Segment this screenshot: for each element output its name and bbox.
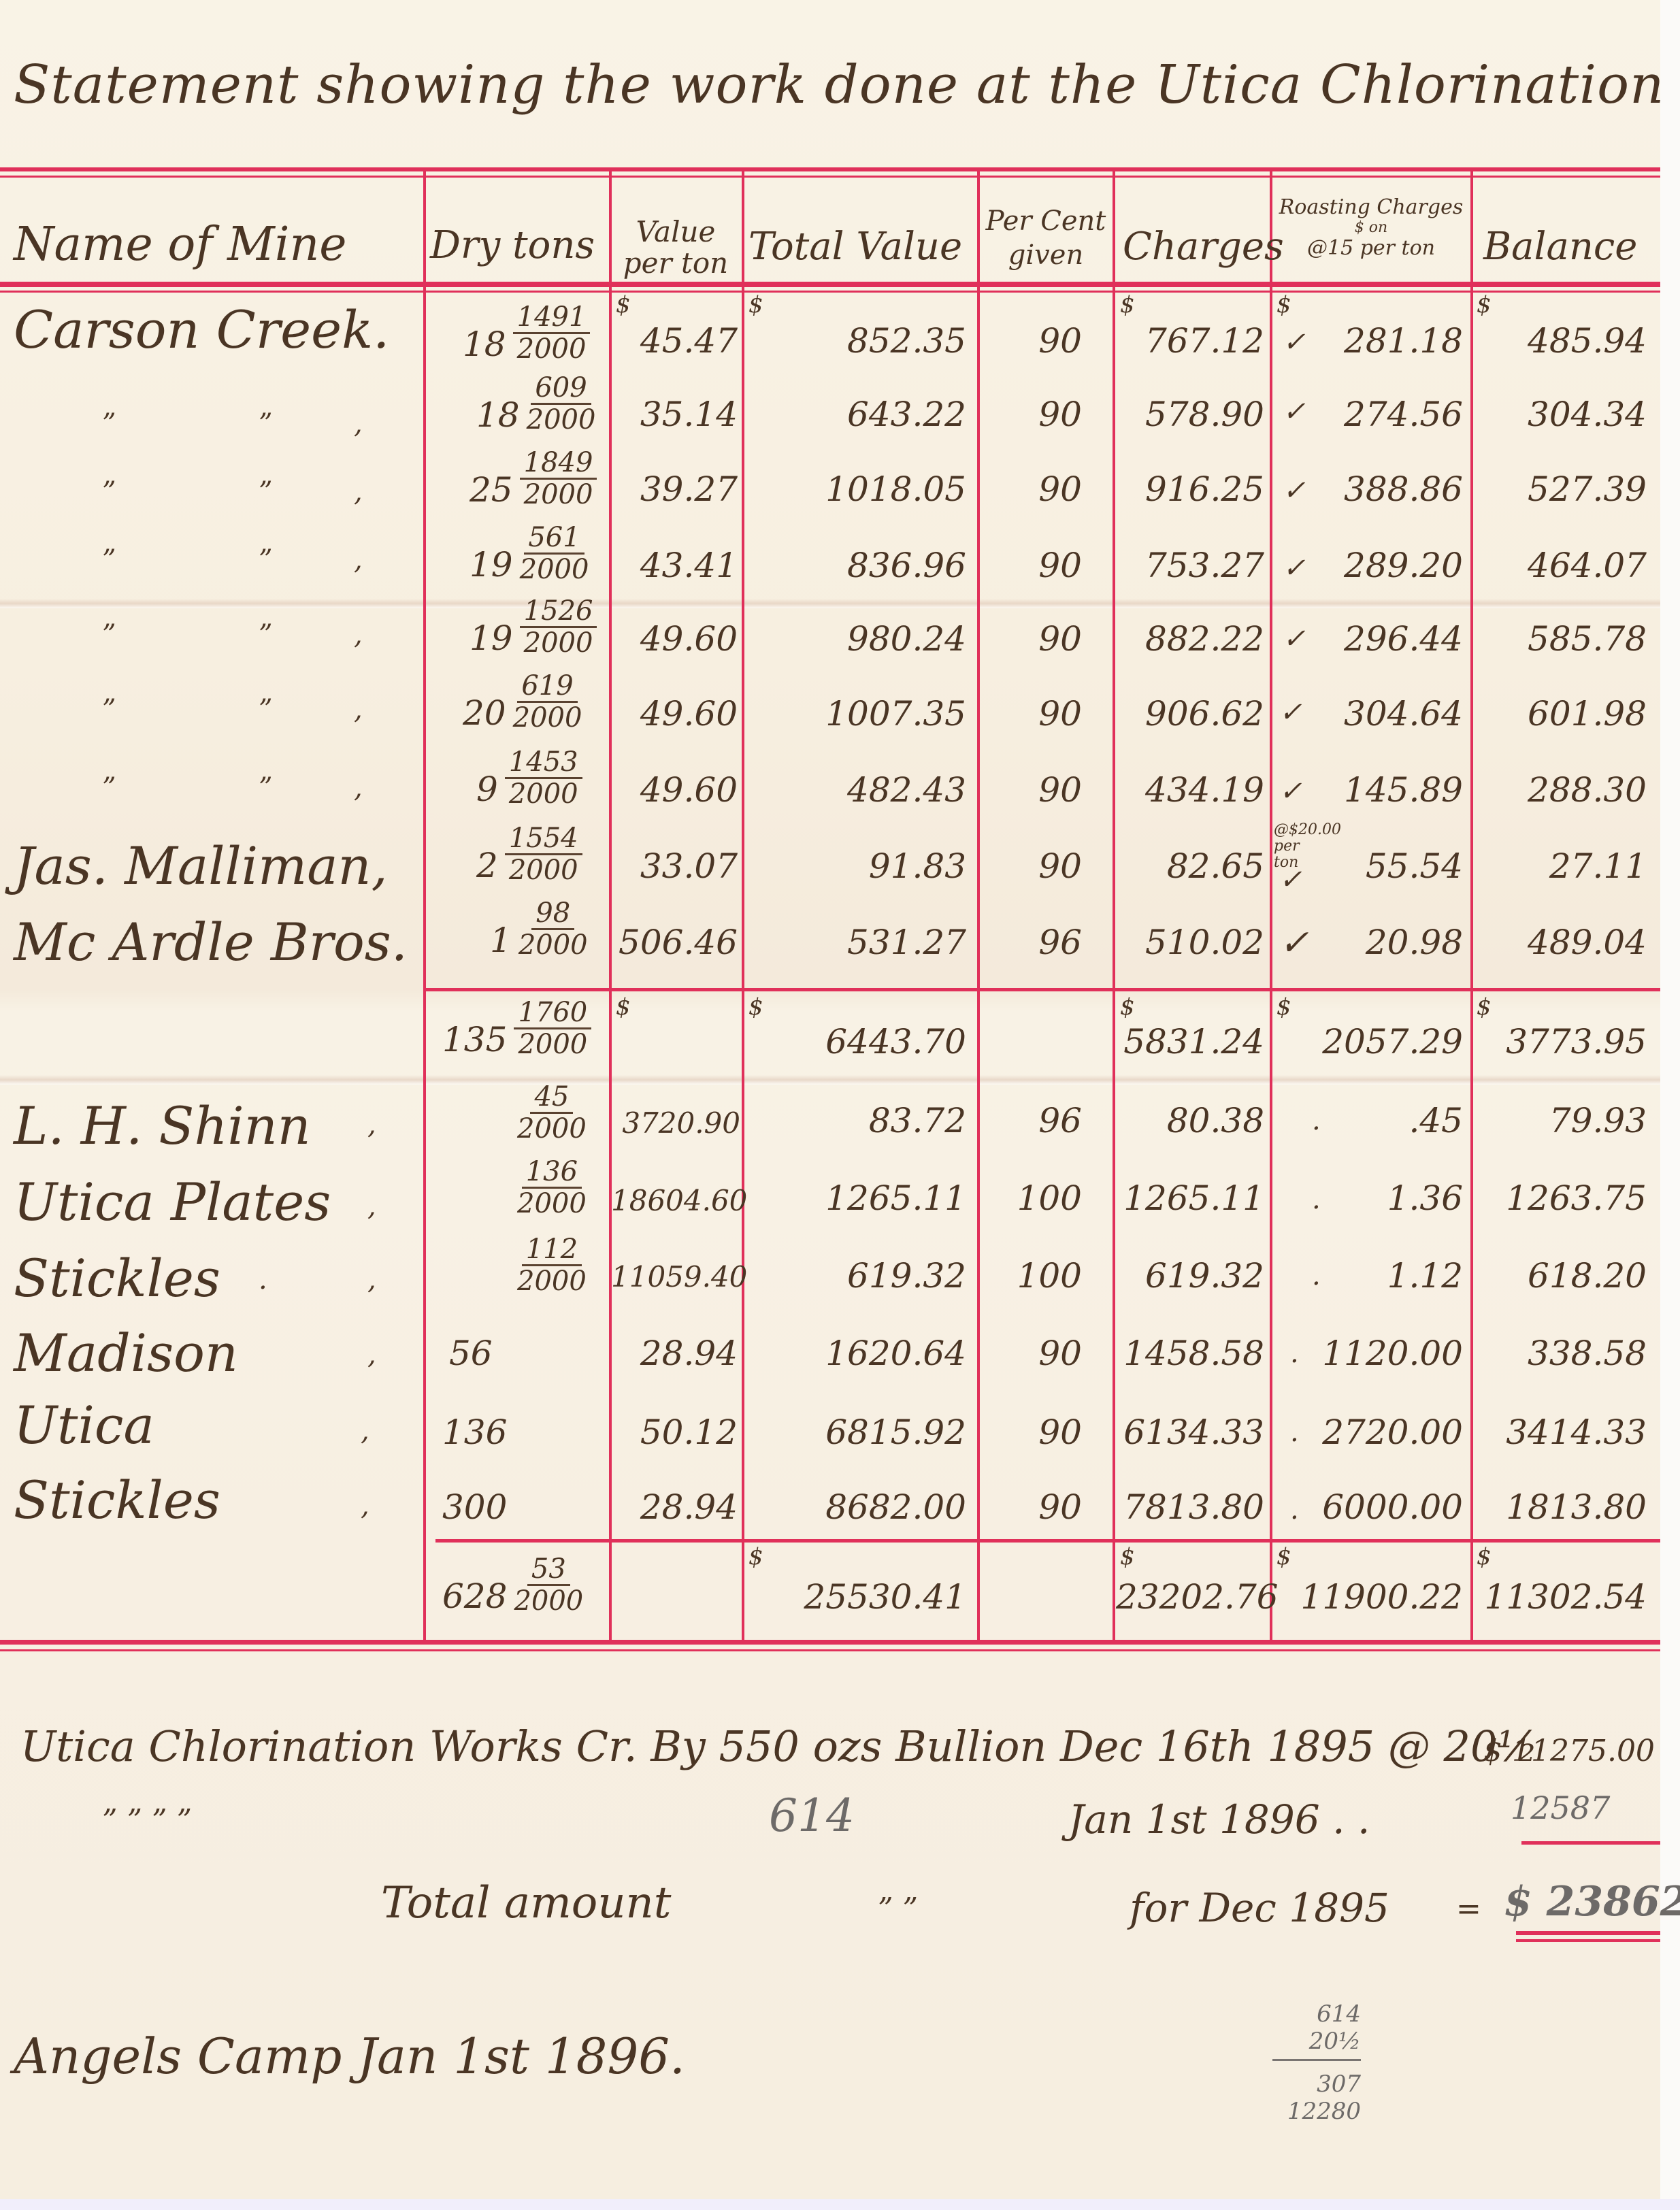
tons-denominator: 2000 [520,555,589,584]
dry-tons: 19 5612000 [470,523,589,584]
ditto-mark: ” [102,408,116,440]
ditto-mark: ” [259,772,272,804]
balance: 618.20 [1477,1256,1647,1296]
ditto-comma: , [354,772,363,804]
tons-denominator: 2000 [509,855,578,885]
dry-tons: 1122000 [517,1234,587,1296]
per-cent: 90 [980,1334,1082,1373]
tons-denominator: 2000 [517,1114,587,1144]
tons-numerator: 1849 [520,448,597,480]
per-cent: 96 [980,1101,1082,1140]
total-value: 1018.05 [748,469,966,509]
col-divider [1470,171,1473,1643]
header-dry-tons: Dry tons [430,223,595,267]
header-value-line1: Value [611,216,740,248]
subtotal-dry-tons: 135 17602000 [442,997,591,1059]
value-per-ton: 45.47 [612,321,738,361]
value-per-ton: 3720.90 [611,1106,740,1140]
charges: 906.62 [1116,694,1264,733]
header-roasting-line3: @15 per ton [1272,235,1470,261]
dollar-sign-icon: $ [616,291,631,318]
dollar-sign-icon: $ [748,993,763,1021]
total-value: 91.83 [748,846,966,886]
total-value: 852.35 [748,321,966,361]
grand-total-value: 25530.41 [748,1577,966,1617]
dollar-sign-icon: $ [1120,1543,1135,1570]
check-mark-icon: ✓ [1283,475,1306,506]
tons-numerator: 1491 [513,302,591,334]
col-divider [1113,171,1115,1643]
roasting-charges: .45 [1313,1101,1463,1140]
total-amount-period: for Dec 1895 [1130,1885,1389,1931]
ditto-comma: , [367,1191,376,1222]
ditto-comma: , [367,1264,376,1296]
mine-name: Utica Plates [14,1172,331,1232]
charges: 80.38 [1116,1101,1264,1140]
ditto-dot: . [1290,1338,1299,1369]
tons-denominator: 2000 [517,1189,587,1219]
total-dry-tons: 628 532000 [442,1554,583,1616]
ditto-comma: , [367,1339,376,1370]
dollar-sign-icon: $ [748,291,763,318]
header-balance: Balance [1483,225,1637,269]
dollar-sign-icon: $ [1120,291,1135,318]
total-rule [435,1539,1660,1543]
dry-tons: 2 15542000 [476,823,582,885]
tons-whole: 18 [476,395,520,435]
roasting-charges: 388.86 [1313,469,1463,509]
equals-sign: = [1456,1892,1481,1926]
header-roasting-line1: Roasting Charges [1272,195,1470,220]
total-value: 8682.00 [748,1487,966,1527]
roasting-charges: 55.54 [1313,846,1463,886]
ditto-dot: . [1290,1494,1299,1525]
tons-denominator: 2000 [524,628,593,658]
tons-whole: 135 [442,1020,507,1059]
scan-margin-bottom [0,2199,1680,2210]
charges: 882.22 [1116,619,1264,659]
table-rule-bottom-2 [0,1649,1660,1651]
bullion-credit-line-2: Jan 1st 1896 . . [1068,1796,1370,1843]
per-cent: 90 [980,1413,1082,1452]
charges: 1265.11 [1116,1178,1264,1218]
charges: 6134.33 [1116,1413,1264,1452]
balance: 464.07 [1477,546,1647,585]
balance: 489.04 [1477,923,1647,962]
tons-whole: 20 [463,693,506,733]
roasting-charges: 6000.00 [1306,1487,1463,1527]
ditto-marks: ” ” [878,1892,918,1926]
total-value: 1620.64 [748,1334,966,1373]
check-mark-icon: ✓ [1283,327,1306,358]
total-amount-label: Total amount [381,1878,671,1928]
dollar-sign-icon: $ [1277,1543,1291,1570]
subtotal-roasting: 2057.29 [1286,1022,1463,1061]
ditto-mark: ” [102,619,116,650]
subtotal-charges: 5831.24 [1116,1022,1264,1061]
dollar-sign-icon: $ [1120,993,1135,1021]
tons-numerator: 136 [522,1157,582,1189]
ditto-mark: ” [102,772,116,804]
tons-whole: 2 [476,846,498,885]
value-per-ton: 28.94 [611,1487,738,1527]
tons-whole: 25 [470,470,513,510]
value-per-ton: 18604.60 [611,1184,740,1217]
charges: 7813.80 [1116,1487,1264,1527]
subtotal-total-value: 6443.70 [748,1022,966,1061]
ditto-mark: ” [259,544,272,576]
ditto-mark: ” [102,476,116,508]
pencil-ounces-614: 614 [769,1790,855,1842]
header-rule-bottom [0,282,1660,287]
dry-tons: 300 [442,1487,510,1527]
ditto-mark: ” [102,544,116,576]
charges: 619.32 [1116,1256,1264,1296]
charges: 767.12 [1116,321,1264,361]
dollar-sign-icon: $ [1477,1543,1492,1570]
col-divider [1270,171,1272,1643]
tons-denominator: 2000 [509,779,578,809]
dollar-sign-icon: $ [1477,291,1492,318]
ditto-comma: , [354,408,363,440]
value-per-ton: 43.41 [612,546,738,585]
paper-fold [0,1075,1660,1085]
total-value: 531.27 [748,923,966,962]
balance: 601.98 [1477,694,1647,733]
roasting-charges: 1.12 [1313,1256,1463,1296]
pencil-calc-line: 614 [1272,2000,1361,2028]
total-value: 643.22 [748,395,966,434]
header-value-line2: per ton [611,248,740,279]
tons-whole: 19 [470,545,513,584]
dollar-sign-icon: $ [748,1543,763,1570]
value-per-ton: 49.60 [612,694,738,733]
value-per-ton: 28.94 [611,1334,738,1373]
dollar-sign-icon: $ [1277,291,1291,318]
header-total-value: Total Value [748,225,962,269]
dollar-sign-icon: $ [1277,993,1291,1021]
per-cent: 90 [980,469,1082,509]
dollar-sign-icon: $ [1477,993,1492,1021]
check-mark-icon: ✓ [1279,864,1302,895]
value-per-ton: 33.07 [612,846,738,886]
mine-name: Stickles [14,1248,220,1308]
total-value: 619.32 [748,1256,966,1296]
value-per-ton: 39.27 [612,469,738,509]
ditto-comma: , [361,1490,369,1521]
document-title: Statement showing the work done at the U… [14,54,1680,116]
balance: 288.30 [1477,770,1647,810]
roasting-charges: 2720.00 [1306,1413,1463,1452]
per-cent: 100 [980,1178,1082,1218]
tons-whole: 1 [490,921,512,960]
total-value: 1007.35 [748,694,966,733]
per-cent: 96 [980,923,1082,962]
balance: 304.34 [1477,395,1647,434]
mine-name: Madison [14,1323,238,1383]
balance: 485.94 [1477,321,1647,361]
per-cent: 90 [980,1487,1082,1527]
per-cent: 90 [980,846,1082,886]
header-rule-top [0,167,1660,171]
total-value: 1265.11 [748,1178,966,1218]
check-mark-icon: ✓ [1283,623,1306,655]
value-per-ton: 50.12 [611,1413,738,1452]
charges: 434.19 [1116,770,1264,810]
mine-name: Stickles [14,1470,220,1530]
mine-name: Carson Creek. [14,299,389,360]
roasting-charges: 1.36 [1313,1178,1463,1218]
balance: 79.93 [1477,1101,1647,1140]
balance: 3414.33 [1477,1413,1647,1452]
tons-numerator: 1526 [520,596,597,628]
per-cent: 100 [980,1256,1082,1296]
sum-rule [1521,1841,1660,1845]
dry-tons: 1362000 [517,1157,587,1219]
tons-whole: 628 [442,1577,507,1616]
roasting-charges: 145.89 [1313,770,1463,810]
dry-tons: 18 14912000 [463,302,590,364]
total-value: 482.43 [748,770,966,810]
place-and-date: Angels Camp Jan 1st 1896. [14,2028,685,2085]
dry-tons: 19 15262000 [470,596,597,658]
mine-name: L. H. Shinn [14,1095,311,1156]
value-per-ton: 506.46 [612,923,738,962]
pencil-calculation: 614 20½ 307 12280 [1272,2000,1361,2125]
balance: 338.58 [1477,1334,1647,1373]
tons-numerator: 609 [531,373,591,405]
per-cent: 90 [980,546,1082,585]
total-value: 6815.92 [748,1413,966,1452]
tons-whole: 9 [476,770,498,809]
charges: 1458.58 [1116,1334,1264,1373]
ditto-dot: . [1290,1417,1299,1448]
tons-denominator: 2000 [514,1586,583,1616]
check-mark-icon: ✓ [1279,697,1302,728]
per-cent: 90 [980,770,1082,810]
balance: 527.39 [1477,469,1647,509]
grand-total-roasting: 11900.22 [1286,1577,1463,1617]
per-cent: 90 [980,619,1082,659]
header-per-cent-given: Per Cent given [980,204,1112,272]
total-value: 83.72 [748,1101,966,1140]
tons-numerator: 98 [531,898,574,930]
per-cent: 90 [980,395,1082,434]
dry-tons: 56 [449,1334,504,1373]
tons-numerator: 619 [517,671,577,703]
header-percent-line2: given [980,238,1112,272]
header-charges: Charges [1123,225,1284,269]
ditto-comma: , [354,694,363,725]
charges: 510.02 [1116,923,1264,962]
header-rule-top-2 [0,176,1660,178]
tons-denominator: 2000 [524,480,593,510]
tons-numerator: 112 [522,1234,582,1266]
subtotal-balance: 3773.95 [1477,1022,1647,1061]
pencil-calc-line: 20½ [1272,2028,1361,2061]
charges: 916.25 [1116,469,1264,509]
ditto-marks: ” ” ” ” [102,1803,192,1838]
charges: 82.65 [1116,846,1264,886]
roasting-charges: 274.56 [1313,395,1463,434]
header-rule-bottom-2 [0,291,1660,293]
roasting-charges: 281.18 [1313,321,1463,361]
dry-tons: 136 [442,1413,510,1452]
total-double-rule-2 [1516,1939,1660,1942]
balance: 27.11 [1477,846,1647,886]
balance: 1813.80 [1477,1487,1647,1527]
header-roasting-charges: Roasting Charges $ on @15 per ton [1272,195,1470,261]
bullion-credit-line-1: Utica Chlorination Works Cr. By 550 ozs … [20,1721,1538,1771]
tons-denominator: 2000 [513,703,582,733]
tons-whole: 18 [463,325,506,364]
ditto-comma: , [361,1415,369,1447]
balance: 1263.75 [1477,1178,1647,1218]
check-mark-icon: ✓ [1283,396,1306,427]
roasting-charges: 20.98 [1313,923,1463,962]
ditto-comma: , [354,619,363,650]
table-rule-bottom [0,1640,1660,1645]
col-divider [742,171,744,1643]
value-per-ton: 49.60 [612,619,738,659]
mine-name: Utica [14,1395,154,1455]
dry-tons: 9 14532000 [476,747,582,809]
tons-denominator: 2000 [527,405,596,435]
value-per-ton: 11059.40 [611,1260,740,1293]
roasting-charges: 304.64 [1313,694,1463,733]
ditto-mark: ” [259,476,272,508]
ditto-mark: ” [259,408,272,440]
header-roasting-line2: $ on [1272,220,1470,235]
paper-fold [0,599,1660,608]
charges: 753.27 [1116,546,1264,585]
per-cent: 90 [980,321,1082,361]
total-value: 980.24 [748,619,966,659]
check-mark-icon: ✓ [1279,923,1309,963]
roasting-charges: 289.20 [1313,546,1463,585]
check-mark-icon: ✓ [1279,776,1302,807]
per-cent: 90 [980,694,1082,733]
ditto-dot: . [259,1264,267,1296]
charges: 578.90 [1116,395,1264,434]
header-value-per-ton: Value per ton [611,216,740,279]
dry-tons: 25 18492000 [470,448,597,510]
value-per-ton: 49.60 [612,770,738,810]
total-double-rule [1516,1931,1660,1935]
roasting-charges: 296.44 [1313,619,1463,659]
total-amount-value: $ 23862 – [1504,1878,1680,1926]
balance: 585.78 [1477,619,1647,659]
tons-denominator: 2000 [517,1266,587,1296]
grand-total-charges: 23202.76 [1116,1577,1264,1617]
ditto-comma: , [354,544,363,576]
tons-numerator: 1554 [505,823,582,855]
mine-name: Mc Ardle Bros. [14,912,408,972]
tons-denominator: 2000 [517,334,587,364]
tons-numerator: 53 [527,1554,570,1586]
bullion-credit-amount-2: 12587 [1511,1790,1610,1826]
dry-tons: 1 982000 [490,898,588,960]
ditto-mark: ” [259,619,272,650]
total-value: 836.96 [748,546,966,585]
bullion-credit-amount-1: $ 11275.00 [1483,1734,1655,1768]
roasting-charges: 1120.00 [1306,1334,1463,1373]
tons-numerator: 561 [524,523,584,555]
tons-whole: 19 [470,619,513,658]
pencil-calc-line: 307 [1272,2061,1361,2098]
col-divider [423,171,426,1643]
grand-total-balance: 11302.54 [1477,1577,1647,1617]
dry-tons: 18 6092000 [476,373,595,435]
dollar-sign-icon: $ [616,993,631,1021]
dry-tons: 452000 [517,1082,587,1144]
tons-numerator: 1760 [514,997,591,1029]
tons-numerator: 45 [530,1082,573,1114]
tons-numerator: 1453 [505,747,582,779]
header-percent-line1: Per Cent [980,204,1112,238]
ditto-mark: ” [259,694,272,725]
ditto-comma: , [354,476,363,508]
scan-margin [1660,0,1680,2199]
ditto-comma: , [367,1109,376,1140]
pencil-calc-line: 12280 [1272,2098,1361,2125]
tons-denominator: 2000 [518,1029,587,1059]
header-name-of-mine: Name of Mine [14,218,347,271]
dry-tons: 20 6192000 [463,671,582,733]
mine-name: Jas. Malliman, [14,836,388,896]
value-per-ton: 35.14 [612,395,738,434]
tons-denominator: 2000 [518,930,588,960]
ditto-mark: ” [102,694,116,725]
check-mark-icon: ✓ [1283,552,1306,584]
